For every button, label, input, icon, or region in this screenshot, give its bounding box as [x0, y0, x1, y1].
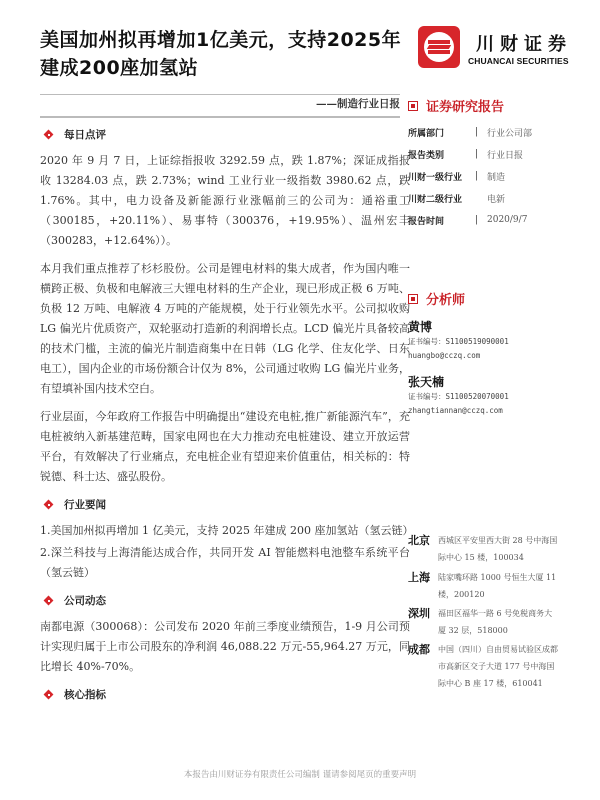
info-row-category: 报告类别 | 行业日报	[408, 143, 598, 165]
chuancai-logo-icon	[418, 26, 460, 68]
sidebar: 证券研究报告 所属部门 | 行业公司部 报告类别 | 行业日报 川财一级行业 |…	[408, 96, 598, 418]
info-row-industry-l2: 川财二级行业 电新	[408, 187, 598, 209]
divider	[40, 116, 400, 118]
report-subtitle: ——制造行业日报	[220, 96, 400, 111]
square-bullet-icon	[408, 101, 418, 111]
office-shenzhen: 深圳 福田区福华一路 6 号免税商务大厦 32 层，518000	[408, 605, 598, 639]
analyst-name: 张天楠	[408, 373, 598, 390]
analyst-email[interactable]: zhangtiannan@cczq.com	[408, 404, 598, 418]
main-content: 每日点评 2020 年 9 月 7 日，上证综指报收 3292.59 点，跌 1…	[40, 122, 410, 711]
analyst-cert: 证书编号：S1100520070001	[408, 390, 598, 404]
section-heading-company-news: 公司动态	[40, 591, 410, 611]
analyst-card: 黄博 证书编号：S1100519090001 huangbo@cczq.com	[408, 318, 598, 363]
section-heading-core-indicators: 核心指标	[40, 685, 410, 705]
news-item: 1.美国加州拟再增加 1 亿美元，支持 2025 年建成 200 座加氢站（氢云…	[40, 521, 410, 541]
info-row-industry-l1: 川财一级行业 | 制造	[408, 165, 598, 187]
logo-cn-text: 川财证券	[476, 30, 572, 56]
office-shanghai: 上海 陆家嘴环路 1000 号恒生大厦 11 楼，200120	[408, 569, 598, 603]
info-row-department: 所属部门 | 行业公司部	[408, 121, 598, 143]
news-item: 2.深兰科技与上海清能达成合作，共同开发 AI 智能燃料电池整车系统平台（氢云链…	[40, 543, 410, 583]
report-heading: 证券研究报告	[408, 96, 598, 115]
paragraph: 本月我们重点推荐了杉杉股份。公司是锂电材料的集大成者，作为国内唯一横跨正极、负极…	[40, 259, 410, 399]
analyst-heading: 分析师	[408, 289, 598, 308]
office-chengdu: 成都 中国（四川）自由贸易试验区成都市高新区交子大道 177 号中海国际中心 B…	[408, 641, 598, 692]
section-heading-industry-news: 行业要闻	[40, 495, 410, 515]
paragraph: 2020 年 9 月 7 日，上证综指报收 3292.59 点，跌 1.87%；…	[40, 151, 410, 251]
diamond-bullet-icon	[44, 130, 54, 140]
divider	[40, 94, 400, 95]
footer-disclaimer: 本报告由川财证券有限责任公司编制 谨请参阅尾页的重要声明	[0, 768, 600, 780]
info-row-date: 报告时间 | 2020/9/7	[408, 209, 598, 231]
analyst-name: 黄博	[408, 318, 598, 335]
analyst-cert: 证书编号：S1100519090001	[408, 335, 598, 349]
analyst-card: 张天楠 证书编号：S1100520070001 zhangtiannan@ccz…	[408, 373, 598, 418]
analyst-email[interactable]: huangbo@cczq.com	[408, 349, 598, 363]
section-heading-daily-review: 每日点评	[40, 125, 410, 145]
square-bullet-icon	[408, 294, 418, 304]
company-logo: 川财证券 CHUANCAI SECURITIES	[418, 26, 588, 70]
office-beijing: 北京 西城区平安里西大街 28 号中海国际中心 15 楼，100034	[408, 532, 598, 566]
diamond-bullet-icon	[44, 500, 54, 510]
logo-en-text: CHUANCAI SECURITIES	[468, 56, 569, 66]
report-title: 美国加州拟再增加1亿美元，支持2025年建成200座加氢站	[40, 26, 410, 82]
paragraph: 南都电源（300068）：公司发布 2020 年前三季度业绩预告，1-9 月公司…	[40, 617, 410, 677]
paragraph: 行业层面，今年政府工作报告中明确提出“建设充电桩,推广新能源汽车”，充电桩被纳入…	[40, 407, 410, 487]
diamond-bullet-icon	[44, 596, 54, 606]
diamond-bullet-icon	[44, 690, 54, 700]
